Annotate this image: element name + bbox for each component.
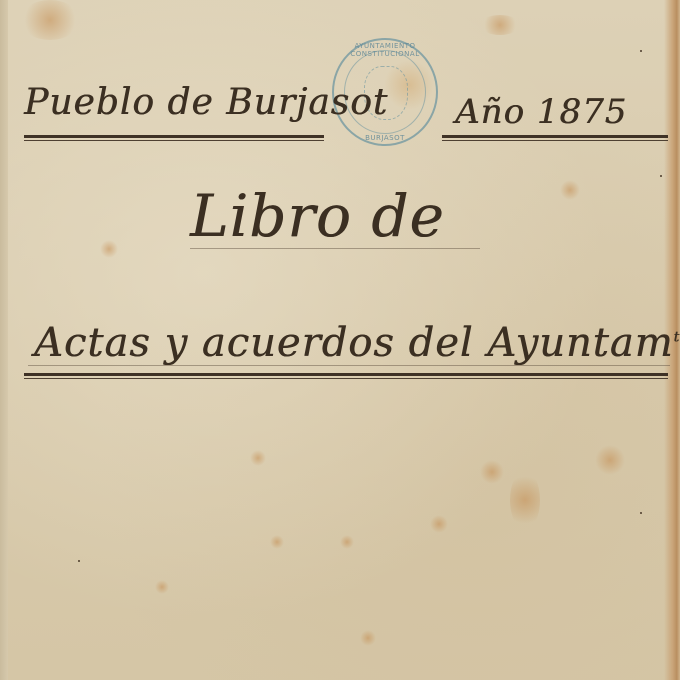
foxing-spot (155, 580, 169, 594)
title-line-1: Libro de (190, 182, 445, 250)
header-year-underline (442, 135, 668, 141)
title-line-2-guide (28, 365, 670, 366)
header-town-underline (24, 135, 324, 141)
ink-speck (640, 512, 642, 514)
foxing-spot (360, 630, 376, 646)
foxing-spot (510, 470, 540, 530)
header-town: Pueblo de Burjasot (24, 82, 388, 123)
title-line-2-text: Actas y acuerdos del Ayuntam (34, 320, 674, 366)
seal-text-bottom: BURJASOT (334, 134, 436, 142)
title-line-2-superscript: to (674, 330, 680, 346)
title-line-2-underline (24, 373, 668, 379)
manuscript-page: AYUNTAMIENTO CONSTITUCIONAL BURJASOT Pue… (0, 0, 680, 680)
foxing-spot (340, 535, 354, 549)
foxing-spot (430, 515, 448, 533)
header-year: Año 1875 (455, 92, 627, 132)
ink-speck (78, 560, 80, 562)
foxing-spot (20, 0, 80, 40)
page-left-edge (0, 0, 8, 680)
foxing-spot (100, 240, 118, 258)
foxing-spot (480, 460, 504, 484)
foxing-spot (270, 535, 284, 549)
title-line-1-guide (190, 248, 480, 249)
seal-text-top: AYUNTAMIENTO CONSTITUCIONAL (334, 42, 436, 58)
foxing-spot (250, 450, 266, 466)
foxing-spot (595, 445, 625, 475)
ink-speck (640, 50, 642, 52)
title-line-2: Actas y acuerdos del Ayuntamto (34, 320, 680, 366)
foxing-spot (480, 15, 520, 35)
ink-speck (660, 175, 662, 177)
foxing-spot (560, 180, 580, 200)
